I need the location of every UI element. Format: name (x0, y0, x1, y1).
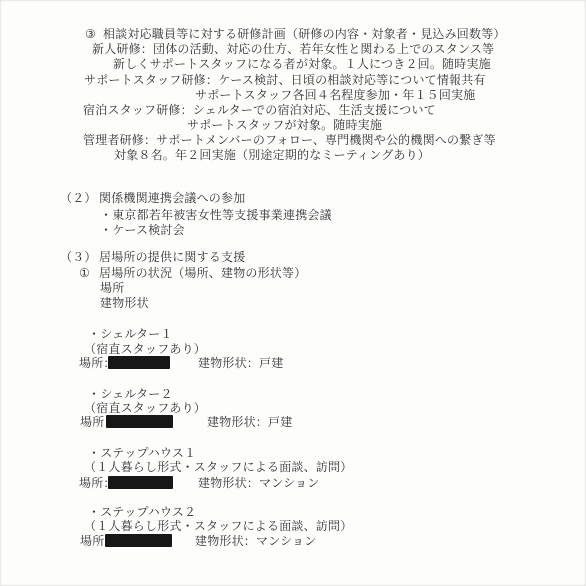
facility-note: （１人暮らし形式・スタッフによる面談、訪問） (84, 519, 352, 534)
housing-sub-marker: ① (79, 266, 90, 281)
meetings-section-title: 関係機関連携会議への参加 (99, 191, 245, 206)
redaction-box (108, 356, 170, 369)
housing-field-location: 場所 (100, 281, 124, 296)
facility-name: ・シェルター２ (88, 387, 173, 402)
meetings-item-tokyo: ・東京都若年被害女性等支援事業連携会議 (100, 208, 332, 223)
training-line-overnight: 宿泊スタッフ研修：シェルターでの宿泊対応、生活支援について (83, 103, 436, 118)
facility-building-label: 建物形状：マンション (198, 476, 319, 491)
training-section-marker: ③ (85, 27, 96, 42)
redaction-box (105, 534, 172, 547)
housing-section-title: 居場所の提供に関する支援 (99, 250, 245, 265)
redaction-box (108, 476, 173, 489)
housing-sub-title: 居場所の状況（場所、建物の形状等） (99, 266, 306, 281)
meetings-item-case: ・ケース検討会 (100, 223, 185, 238)
facility-note: （１人暮らし形式・スタッフによる面談、訪問） (84, 460, 352, 475)
housing-section-marker: （３） (60, 250, 97, 265)
facility-name: ・シェルター１ (88, 327, 173, 342)
facility-note: （宿直スタッフあり） (84, 401, 206, 416)
document-page: ③ 相談対応職員等に対する研修計画（研修の内容・対象者・見込み回数等） 新人研修… (0, 0, 586, 586)
facility-note: （宿直スタッフあり） (84, 342, 206, 357)
training-line-support-detail: サポートスタッフ各回４名程度参加・年１５回実施 (195, 88, 475, 103)
meetings-section-marker: （２） (60, 191, 97, 206)
training-line-overnight-detail: サポートスタッフが対象。随時実施 (187, 118, 382, 133)
facility-name: ・ステップハウス２ (88, 505, 196, 520)
training-line-support: サポートスタッフ研修：ケース検討、日頃の相談対応等について情報共有 (84, 73, 486, 88)
training-line-newstaff: 新人研修：団体の活動、対応の仕方、若年女性と関わる上でのスタンス等 (92, 42, 494, 57)
facility-building-label: 建物形状：マンション (195, 534, 316, 549)
housing-field-building: 建物形状 (100, 296, 149, 311)
training-section-title: 相談対応職員等に対する研修計画（研修の内容・対象者・見込み回数等） (103, 27, 506, 42)
facility-name: ・ステップハウス１ (88, 446, 196, 461)
facility-building-label: 建物形状：戸建 (207, 415, 292, 430)
redaction-box (106, 415, 173, 428)
training-line-manager: 管理者研修：サポートメンバーのフォロー、専門機関や公的機関への繋ぎ等 (83, 133, 496, 148)
training-line-manager-detail: 対象８名。年２回実施（別途定期的なミーティングあり） (114, 148, 430, 163)
facility-building-label: 建物形状：戸建 (198, 356, 283, 371)
training-line-newstaff-detail: 新しくサポートスタッフになる者が対象。１人につき２回。随時実施 (113, 57, 491, 72)
